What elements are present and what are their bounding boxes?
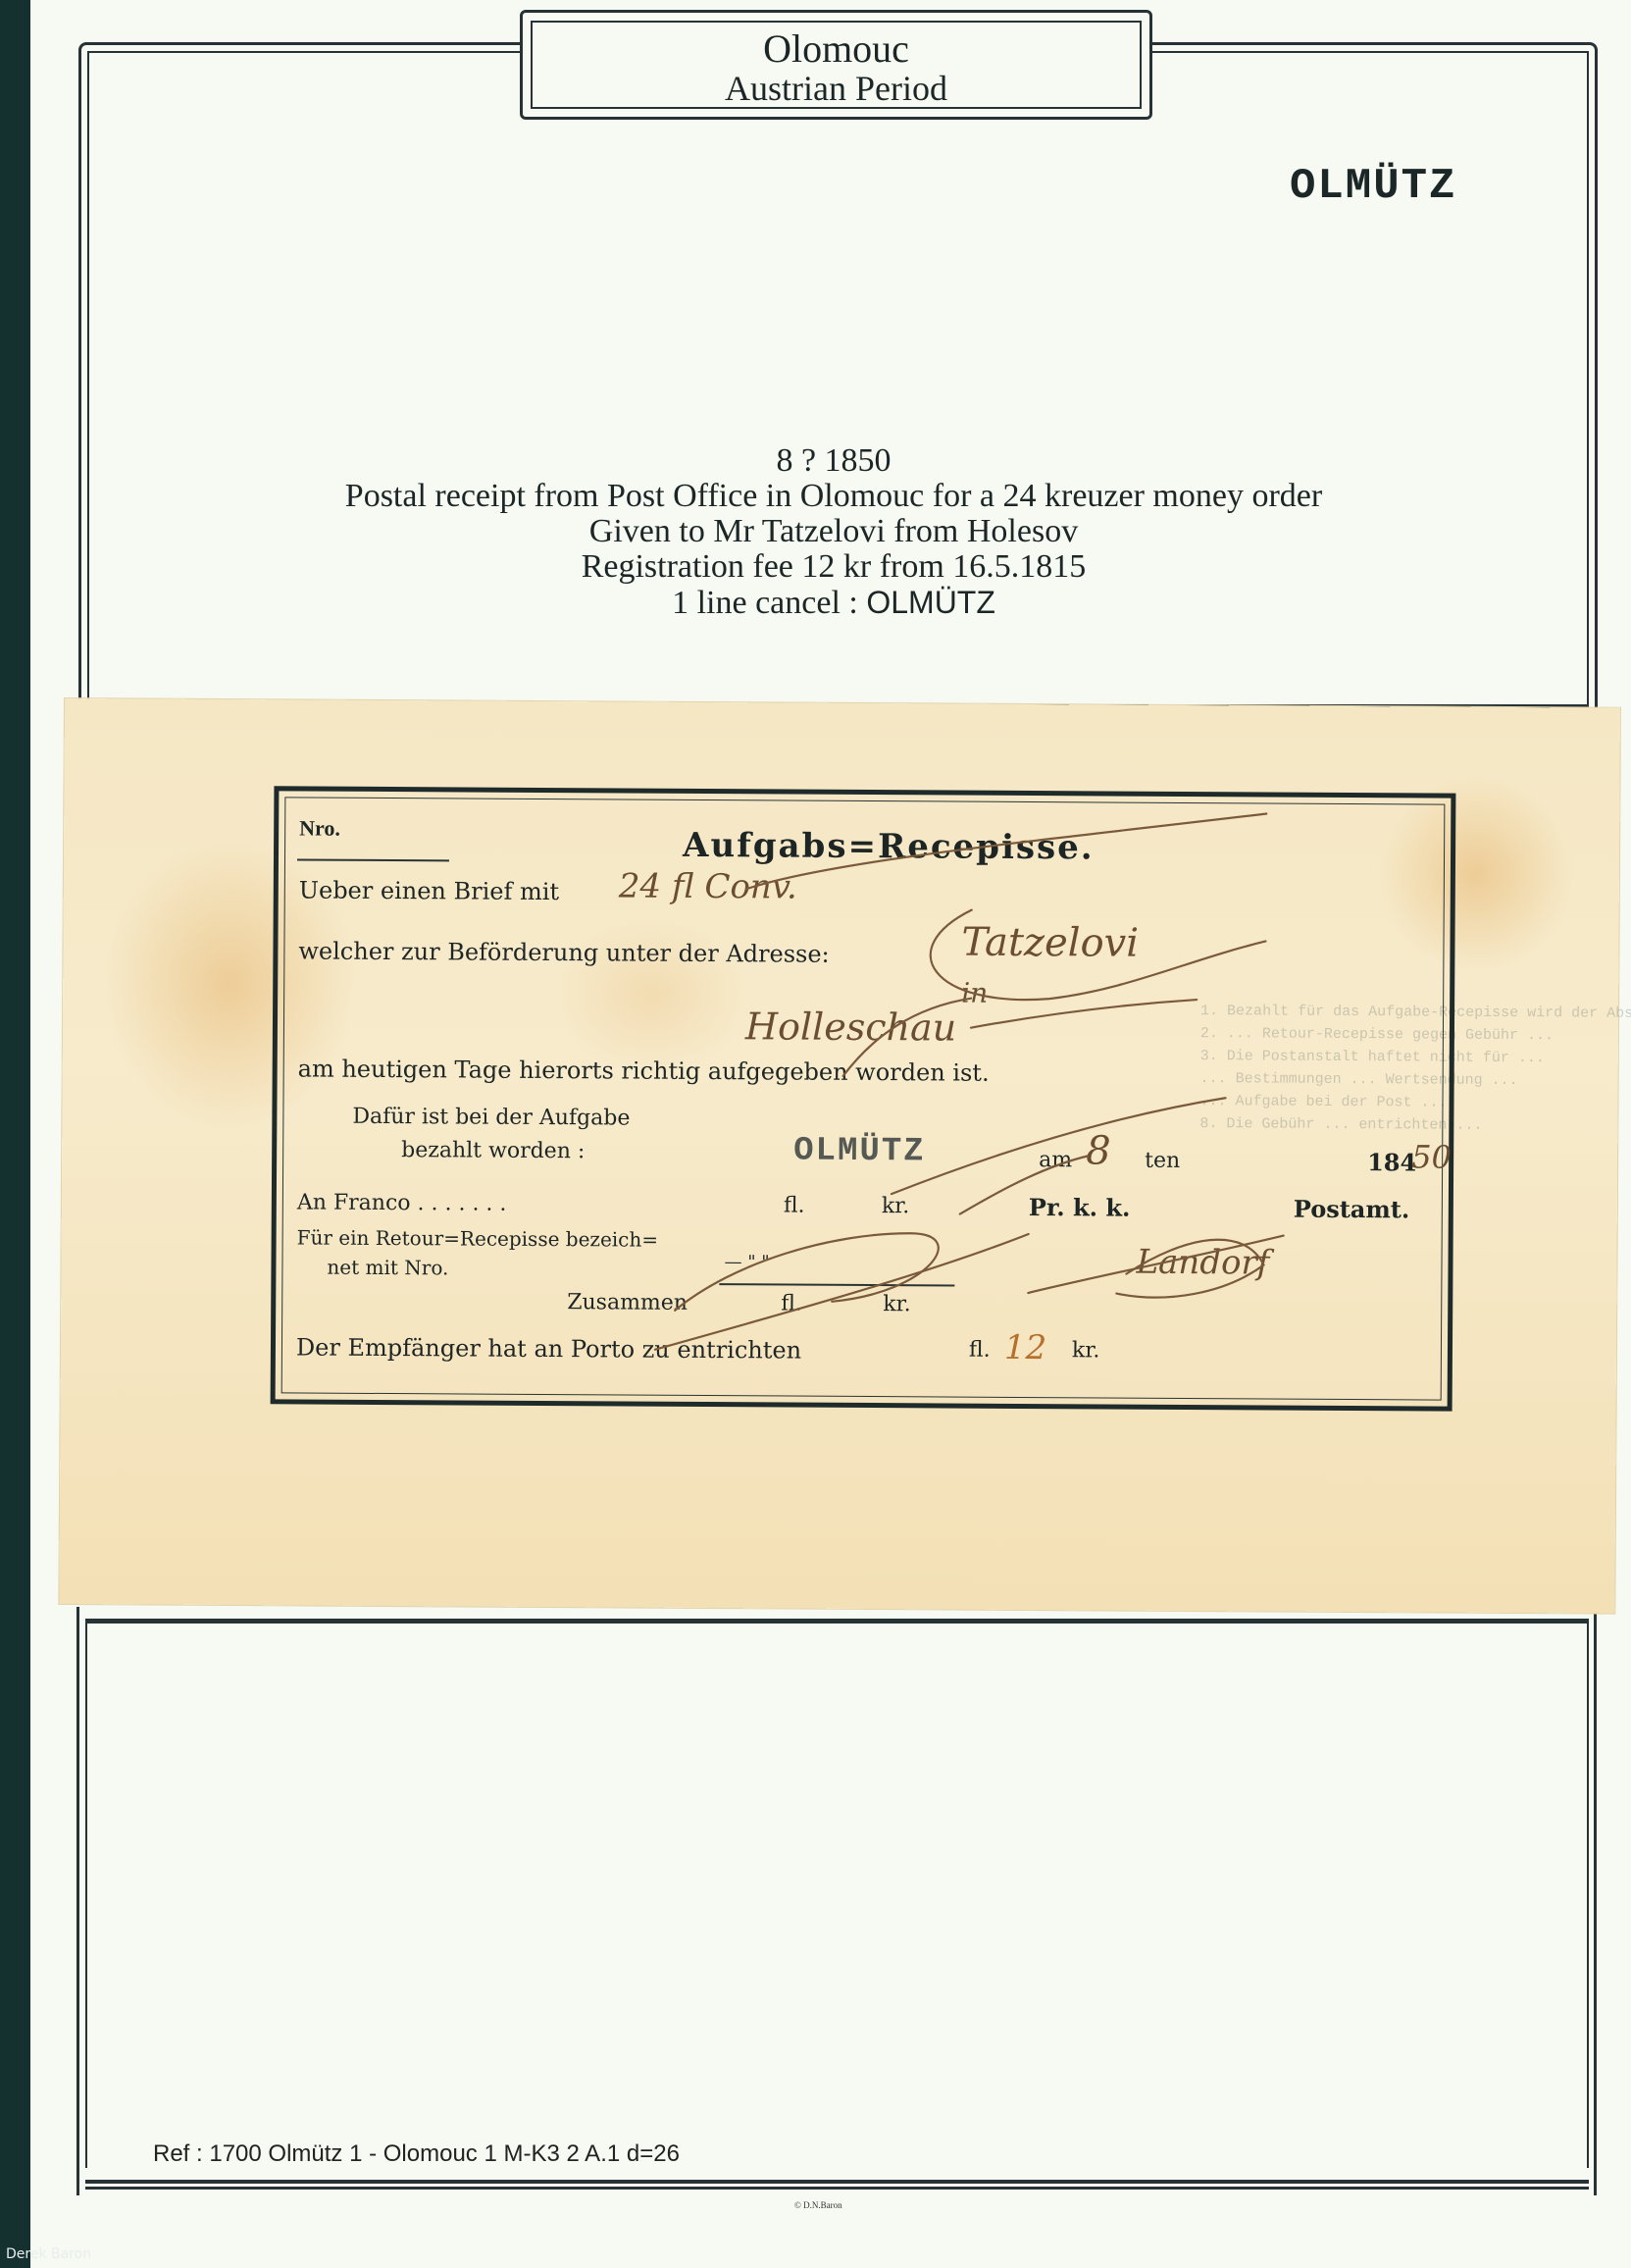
printed-receipt-frame: Nro. Aufgabs=Recepisse. Ueber einen Brie… (271, 786, 1456, 1411)
reference-line: Ref : 1700 Olmütz 1 - Olomouc 1 M-K3 2 A… (153, 2140, 680, 2168)
description-line-4-prefix: 1 line cancel : (672, 585, 866, 621)
description-date: 8 ? 1850 (196, 443, 1471, 479)
description-line-1: Postal receipt from Post Office in Olomo… (196, 479, 1471, 514)
item-description: 8 ? 1850 Postal receipt from Post Office… (196, 443, 1471, 621)
description-line-4: 1 line cancel : OLMÜTZ (196, 585, 1471, 621)
printed-receipt-frame-inner: Nro. Aufgabs=Recepisse. Ueber einen Brie… (281, 797, 1446, 1400)
postal-receipt-document: 1. Bezahlt für das Aufgabe-Recepisse wir… (59, 698, 1620, 1614)
title-box-inner: Olomouc Austrian Period (531, 21, 1142, 109)
scan-edge-strip (0, 0, 30, 2268)
page-title: Olomouc (533, 28, 1140, 70)
scanner-credit: Derek Baron (6, 2246, 91, 2262)
description-line-2: Given to Mr Tatzelovi from Holesov (196, 514, 1471, 549)
description-line-4-cancel: OLMÜTZ (866, 585, 995, 620)
pen-flourish-strokes (282, 798, 1453, 1403)
description-line-3: Registration fee 12 kr from 16.5.1815 (196, 549, 1471, 585)
cancel-example-olmutz: OLMÜTZ (1290, 162, 1456, 211)
bottom-double-rule (85, 2180, 1589, 2190)
copyright-notice: © D.N.Baron (794, 2200, 842, 2210)
title-box: Olomouc Austrian Period (520, 10, 1152, 120)
lower-panel-inner-border (85, 1619, 1589, 2168)
page-subtitle: Austrian Period (533, 70, 1140, 107)
